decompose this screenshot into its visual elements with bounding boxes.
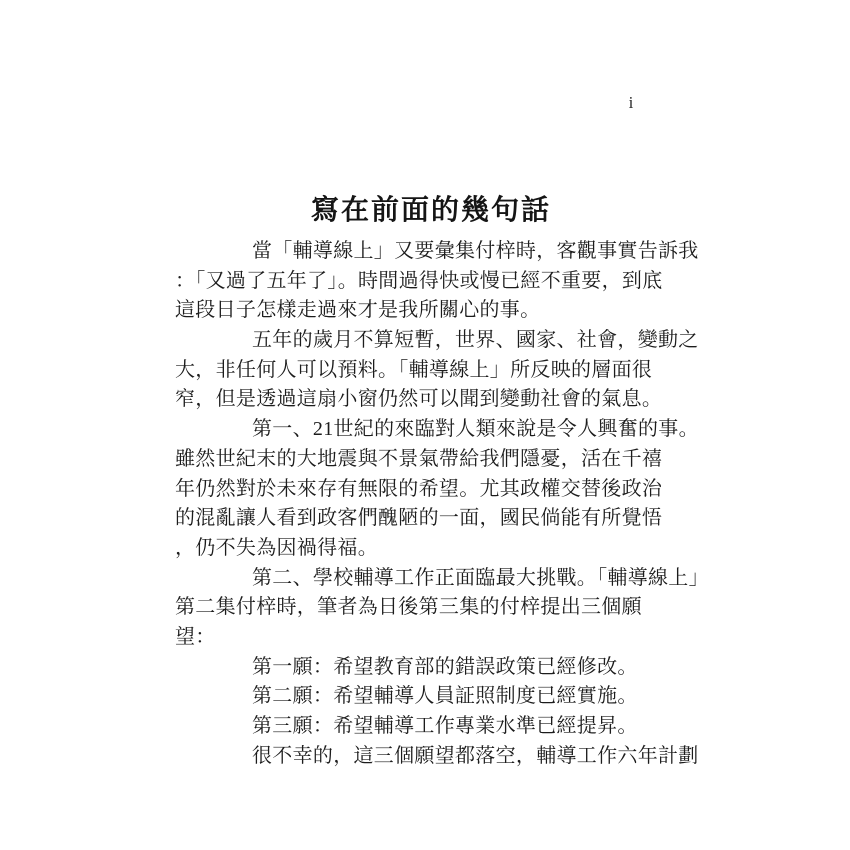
text-line: 第三願：希望輔導工作專業水準已經提昇。 <box>175 712 687 742</box>
text-line: 五年的歲月不算短暫，世界、國家、社會，變動之 <box>175 326 687 356</box>
text-line: 第二集付梓時，筆者為日後第三集的付梓提出三個願 <box>175 593 687 623</box>
text-line: 當「輔導線上」又要彙集付梓時，客觀事實告訴我 <box>175 237 687 267</box>
text-line: 雖然世紀末的大地震與不景氣帶給我們隱憂，活在千禧 <box>175 445 687 475</box>
text-line: 年仍然對於未來存有無限的希望。尤其政權交替後政治 <box>175 475 687 505</box>
text-line: 的混亂讓人看到政客們醜陋的一面，國民倘能有所覺悟 <box>175 504 687 534</box>
text-line: 窄，但是透過這扇小窗仍然可以聞到變動社會的氣息。 <box>175 385 687 415</box>
text-line: ，仍不失為因禍得福。 <box>175 534 687 564</box>
preface-body: 當「輔導線上」又要彙集付梓時，客觀事實告訴我 ：「又過了五年了」。時間過得快或慢… <box>175 237 687 771</box>
text-line: 第一、21世紀的來臨對人類來說是令人興奮的事。 <box>175 415 687 445</box>
text-line: ：「又過了五年了」。時間過得快或慢已經不重要，到底 <box>175 267 687 297</box>
text-line: 第一願：希望教育部的錯誤政策已經修改。 <box>175 653 687 683</box>
page-number: i <box>616 93 646 113</box>
text-line: 這段日子怎樣走過來才是我所關心的事。 <box>175 296 687 326</box>
text-line: 第二願：希望輔導人員証照制度已經實施。 <box>175 682 687 712</box>
text-line: 望： <box>175 623 687 653</box>
scanned-book-page: i 寫在前面的幾句話 當「輔導線上」又要彙集付梓時，客觀事實告訴我 ：「又過了五… <box>0 0 850 850</box>
text-line: 很不幸的，這三個願望都落空，輔導工作六年計劃 <box>175 742 687 772</box>
preface-title: 寫在前面的幾句話 <box>175 193 687 227</box>
text-line: 大，非任何人可以預料。「輔導線上」所反映的層面很 <box>175 356 687 386</box>
text-line: 第二、學校輔導工作正面臨最大挑戰。「輔導線上」 <box>175 564 687 594</box>
